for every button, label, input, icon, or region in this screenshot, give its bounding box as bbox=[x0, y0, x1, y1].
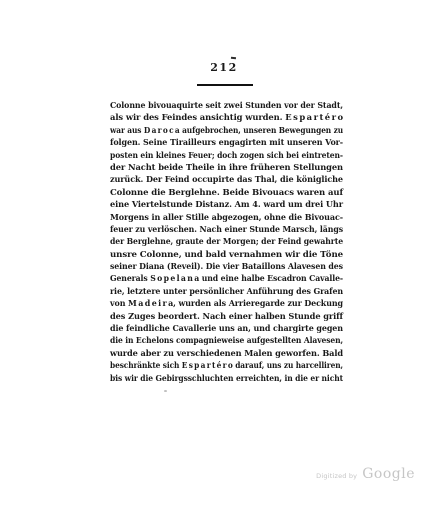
body-text-line: eine Viertelstunde Distanz. Am 4. ward u… bbox=[110, 196, 343, 208]
google-logo: Google bbox=[362, 466, 415, 482]
scan-speck bbox=[114, 376, 116, 378]
body-text-line: als wir des Feindes ansichtig wurden. E … bbox=[110, 109, 343, 121]
body-text-line: rie, letztere unter persönlicher Anführu… bbox=[110, 283, 343, 295]
body-text-line: feuer zu verlöschen. Nach einer Stunde M… bbox=[110, 221, 343, 233]
body-text-line: zurück. Der Feind occupirte das Thal, di… bbox=[110, 171, 343, 183]
body-text-line: der Berglehne, graute der Morgen; der Fe… bbox=[110, 233, 343, 245]
body-text-line: seiner Diana (Reveil). Die vier Bataillo… bbox=[110, 258, 343, 270]
body-text-line: Colonne bivouaquirte seit zwei Stunden v… bbox=[110, 97, 343, 109]
watermark-prefix-label: Digitized by bbox=[316, 472, 357, 480]
body-text: Colonne bivouaquirte seit zwei Stunden v… bbox=[110, 97, 343, 382]
page-number: 212 bbox=[0, 61, 448, 74]
body-text-line: der Nacht beide Theile in ihre früheren … bbox=[110, 159, 343, 171]
body-text-line: posten ein kleines Feuer; doch zogen sic… bbox=[110, 147, 343, 159]
body-text-line: des Zuges beordert. Nach einer halben St… bbox=[110, 308, 343, 320]
scan-artifact-mark bbox=[231, 57, 236, 59]
scanned-book-page: 212 Colonne bivouaquirte seit zwei Stund… bbox=[0, 0, 448, 512]
body-text-line: Morgens in aller Stille abgezogen, ohne … bbox=[110, 209, 343, 221]
body-text-line: Colonne die Berglehne. Beide Bivouacs wa… bbox=[110, 184, 343, 196]
header-rule bbox=[197, 84, 253, 86]
body-text-line: die feindliche Cavallerie uns an, und ch… bbox=[110, 320, 343, 332]
body-text-line: beschränkte sich E s p a r t é r o darau… bbox=[110, 357, 343, 369]
body-text-line: von M a d e i r a, wurden als Arrieregar… bbox=[110, 295, 343, 307]
watermark: Digitized by Google bbox=[316, 466, 415, 482]
body-text-line: folgen. Seine Tirailleurs engagirten mit… bbox=[110, 134, 343, 146]
body-text-line: wurde aber zu verschiedenen Malen geworf… bbox=[110, 345, 343, 357]
body-text-line: unsre Colonne, und bald vernahmen wir di… bbox=[110, 246, 343, 258]
body-text-line: die in Echelons compagnieweise aufgestel… bbox=[110, 332, 343, 344]
body-text-line: war aus D a r o c a aufgebrochen, unsere… bbox=[110, 122, 343, 134]
body-text-line: Generals S o p e l a n a und eine halbe … bbox=[110, 270, 343, 282]
scan-speck bbox=[164, 390, 167, 392]
body-text-line: bis wir die Gebirgsschluchten erreichten… bbox=[110, 370, 343, 382]
